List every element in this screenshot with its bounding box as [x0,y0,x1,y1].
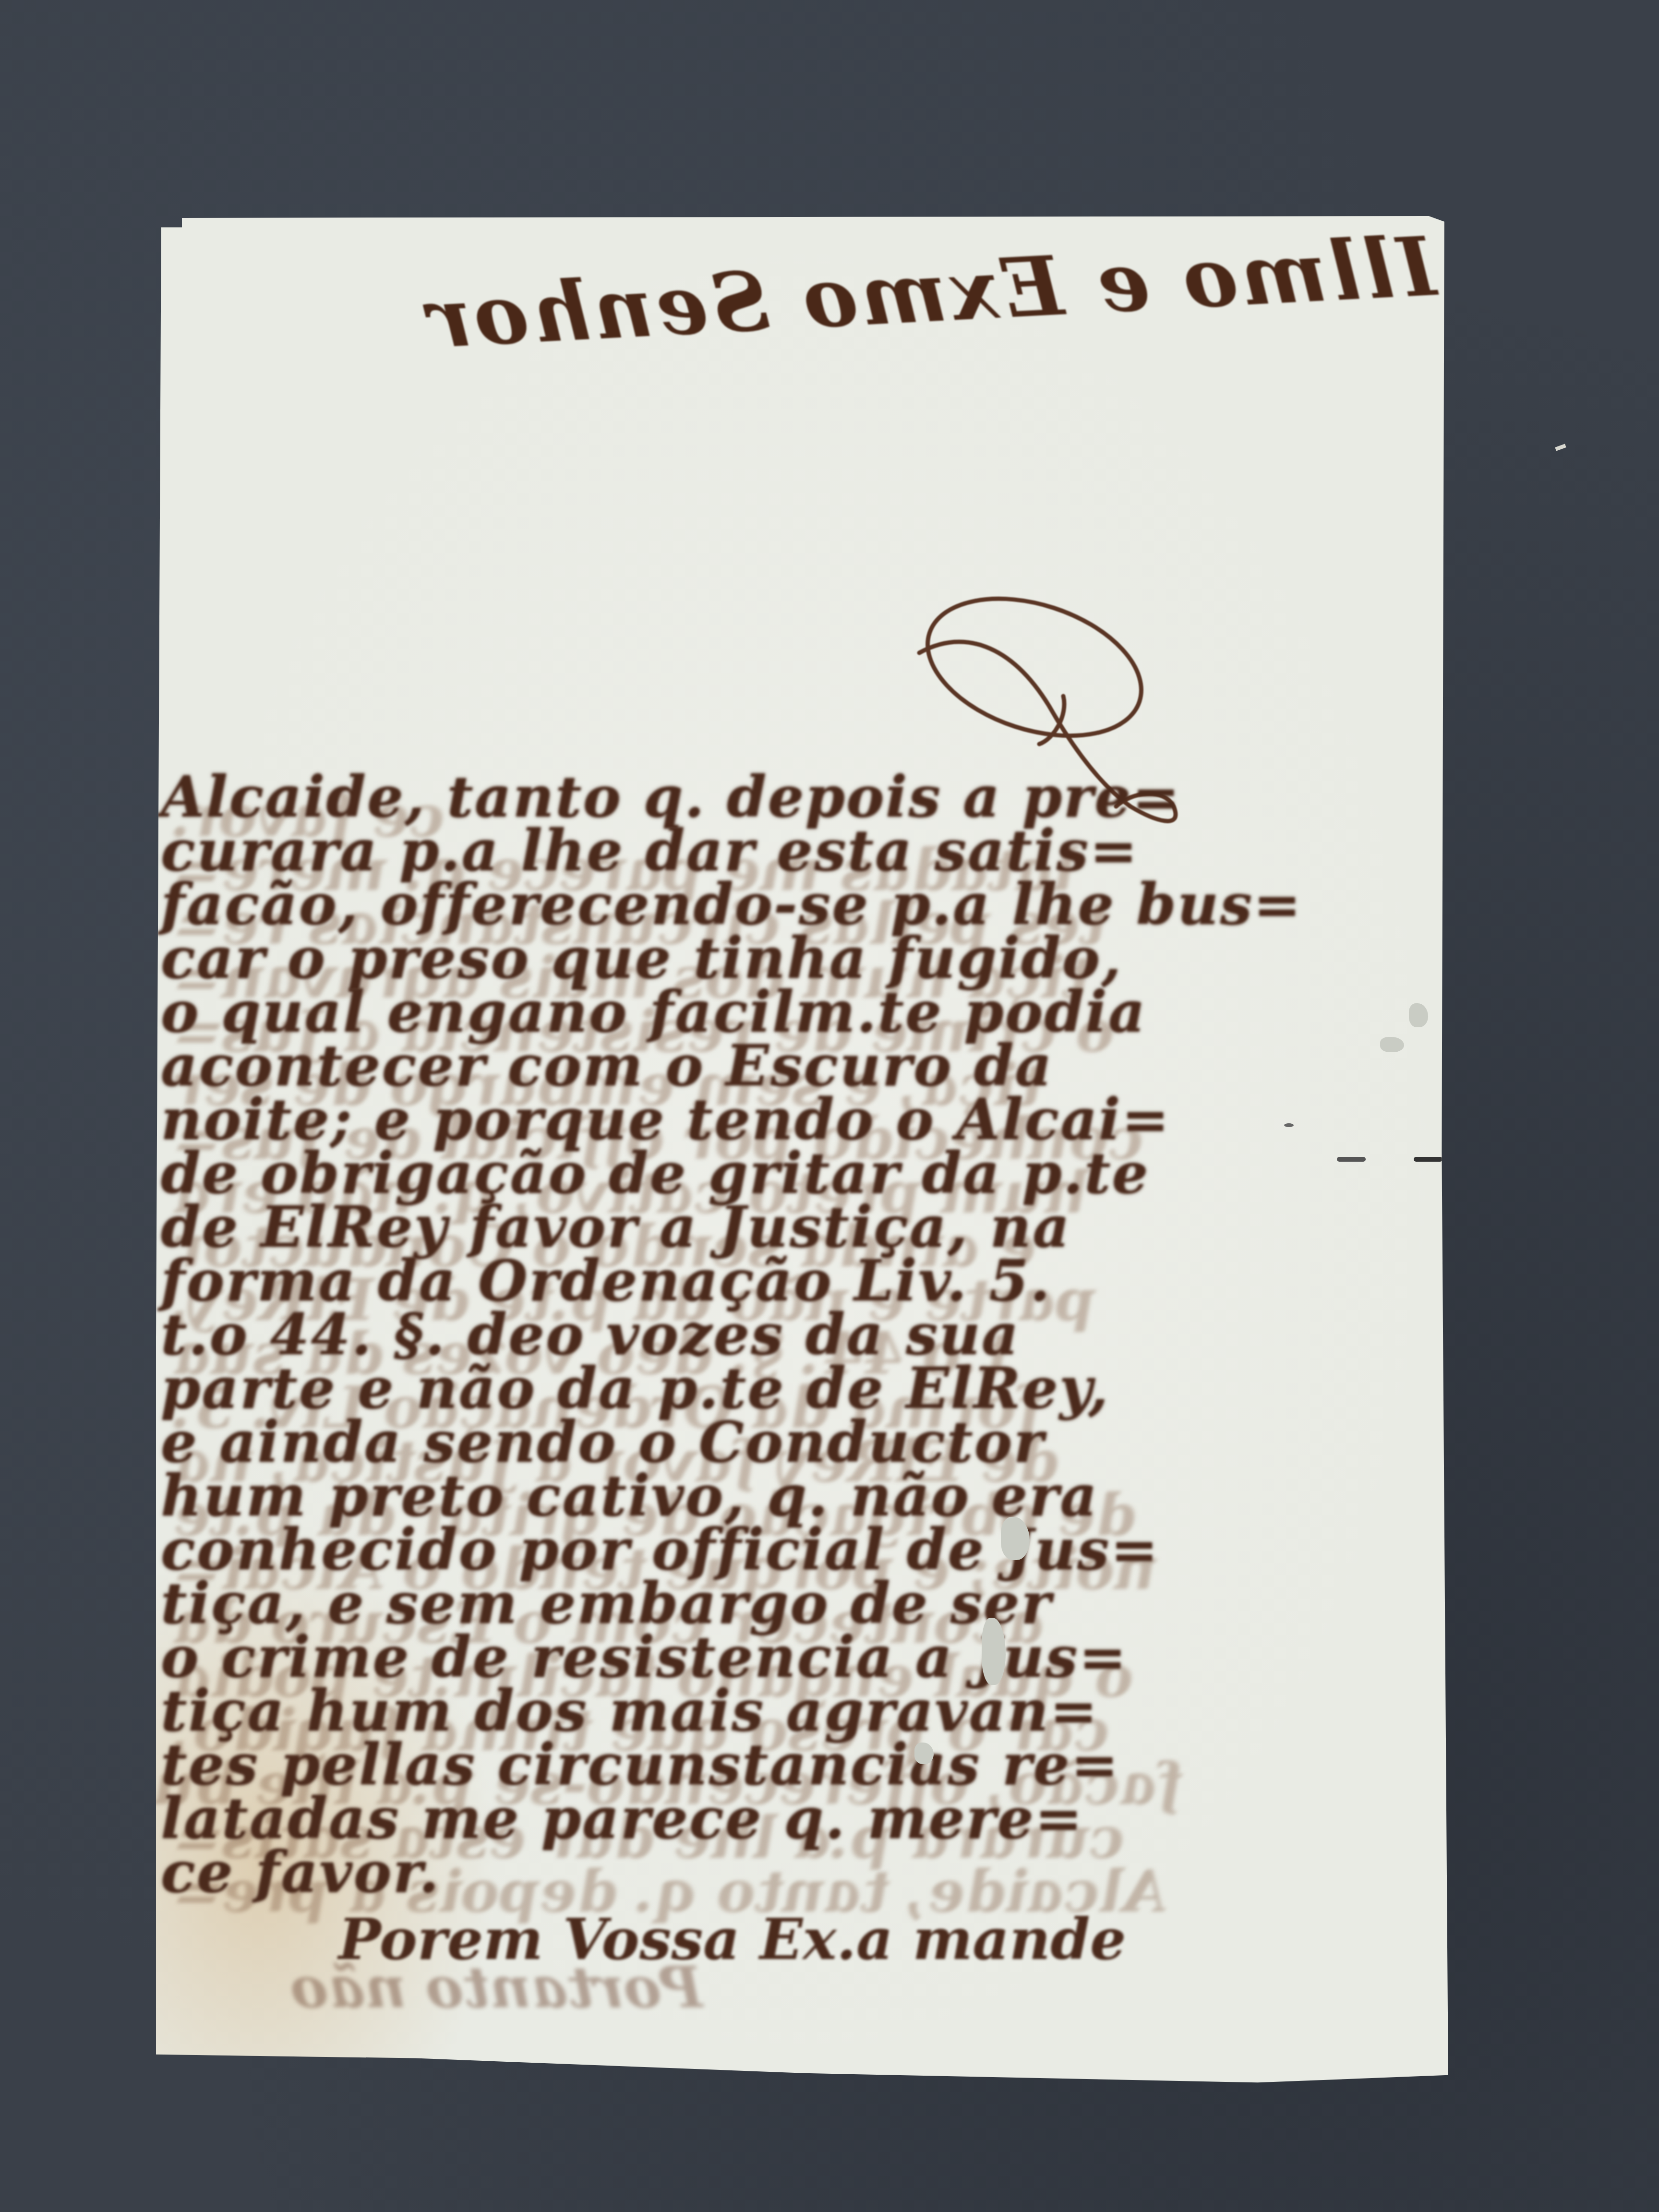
ink-speck [1414,1157,1443,1162]
text-line: tes pellas circunstancias re=facão, offe… [161,871,1198,925]
text-line: o qual engano facilm.te podiao crime de … [161,1623,1198,1677]
text-line: o crime de resistencia a Jus=o qual enga… [161,978,1198,1032]
text-line: latadas me parece q. mere=curara p.a lhe… [161,817,1198,871]
text-line: car o preso que tinha fugido,tiça hum do… [161,1677,1198,1731]
paper-hole [914,1743,934,1764]
background-speck [1555,444,1566,451]
text-line: conhecido por official de Jus=noite; e p… [161,1086,1198,1140]
bleed-through-closing: Portanto não [290,1954,1250,2020]
text-line: de ElRey favor a Justiça, nae ainda send… [161,1408,1198,1462]
text-line: noite; e porque tendo o Alcai=conhecido … [161,1516,1198,1570]
text-line: facão, offerecendo-se p.a lhe bus=tes pe… [161,1731,1198,1785]
paper-hole [1380,1037,1404,1052]
text-line: curara p.a lhe dar esta satis=latadas me… [161,1785,1198,1839]
text-line: de obrigação de gritar da p.tehum preto … [161,1462,1198,1516]
ink-speck [1337,1157,1366,1162]
ink-speck [1284,1123,1294,1127]
text-line: acontecer com o Escuro datiça, e sem emb… [161,1570,1198,1623]
text-line: parte e não da p.te de ElRey,forma da Or… [161,1247,1198,1301]
manuscript-page: Illmo e Exmo Senhor ce favor.Alcaide, ta… [156,216,1452,2088]
text-line: tiça, e sem embargo de seracontecer com … [161,1032,1198,1086]
text-line: t.o 44. §. deo vozes da suat.o 44. §. de… [161,1301,1198,1355]
text-line: tiça hum dos mais agravan=car o preso qu… [161,925,1198,978]
letter-body: ce favor.Alcaide, tanto q. depois a pre=… [161,763,1198,1892]
text-line: forma da Ordenação Liv. 5.parte e não da… [161,1355,1198,1408]
text-line: hum preto cativo, q. não erade obrigação… [161,1140,1198,1193]
text-line: e ainda sendo o Conductorde ElRey favor … [161,1193,1198,1247]
text-line: ce favor.Alcaide, tanto q. depois a pre= [161,763,1198,817]
text-line: Alcaide, tanto q. depois a pre=ce favor. [161,1839,1198,1892]
paper-hole [1409,1003,1428,1027]
mirrored-salutation-heading: Illmo e Exmo Senhor [423,218,1438,367]
